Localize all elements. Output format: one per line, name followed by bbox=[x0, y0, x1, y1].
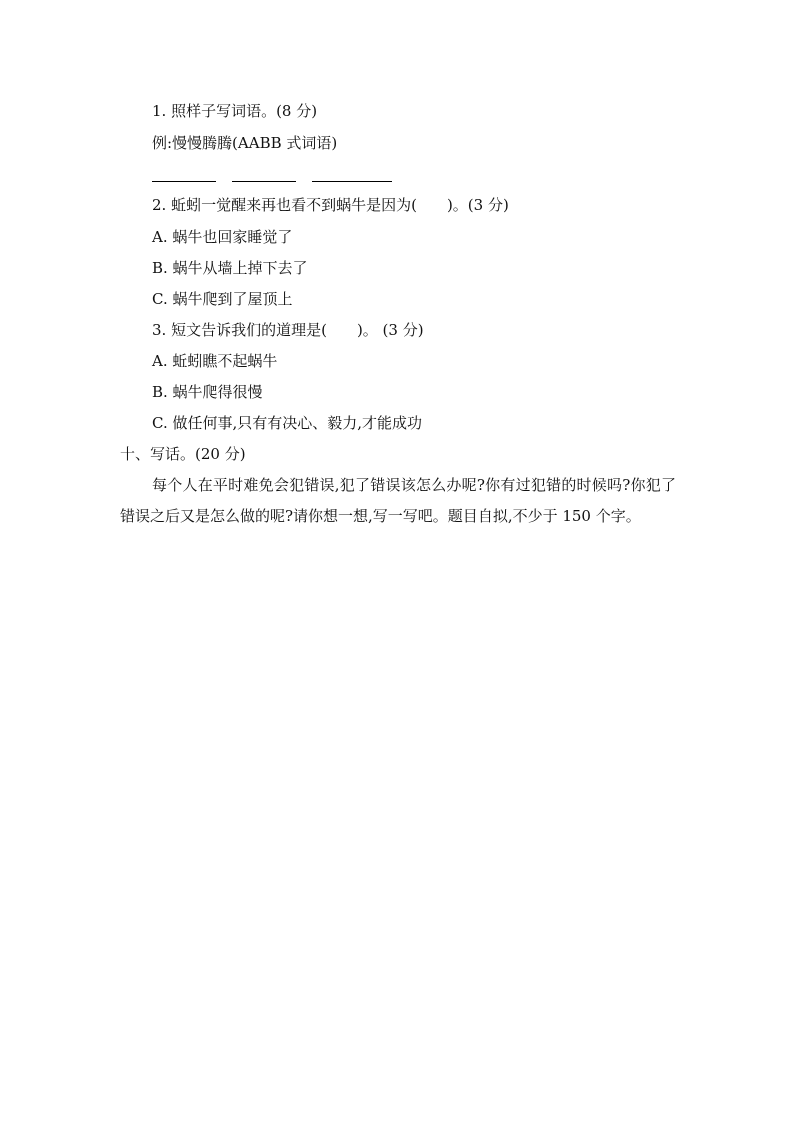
question-2-title-after: )。(3 分) bbox=[447, 196, 509, 214]
question-3-title: 3. 短文告诉我们的道理是()。 (3 分) bbox=[152, 320, 424, 340]
question-2-title: 2. 蚯蚓一觉醒来再也看不到蜗牛是因为()。(3 分) bbox=[152, 195, 509, 215]
question-3-title-after: )。 (3 分) bbox=[357, 321, 424, 339]
question-2-title-before: 2. 蚯蚓一觉醒来再也看不到蜗牛是因为( bbox=[152, 196, 417, 214]
section-10-prompt: 每个人在平时难免会犯错误,犯了错误该怎么办呢?你有过犯错的时候吗?你犯了错误之后… bbox=[120, 470, 676, 532]
question-3-option-a: A. 蚯蚓瞧不起蜗牛 bbox=[152, 351, 277, 371]
section-10-heading: 十、写话。(20 分) bbox=[120, 444, 246, 464]
answer-blank-3[interactable] bbox=[312, 181, 392, 182]
answer-blank-2[interactable] bbox=[232, 181, 296, 182]
question-1-title: 1. 照样子写词语。(8 分) bbox=[152, 101, 317, 121]
question-2-option-a: A. 蜗牛也回家睡觉了 bbox=[152, 227, 292, 247]
question-3-option-b: B. 蜗牛爬得很慢 bbox=[152, 382, 263, 402]
question-3-option-c: C. 做任何事,只有有决心、毅力,才能成功 bbox=[152, 413, 422, 433]
question-2-option-b: B. 蜗牛从墙上掉下去了 bbox=[152, 258, 308, 278]
question-2-option-c: C. 蜗牛爬到了屋顶上 bbox=[152, 289, 292, 309]
answer-blank-1[interactable] bbox=[152, 181, 216, 182]
question-3-title-before: 3. 短文告诉我们的道理是( bbox=[152, 321, 327, 339]
question-1-example: 例:慢慢腾腾(AABB 式词语) bbox=[152, 133, 337, 153]
